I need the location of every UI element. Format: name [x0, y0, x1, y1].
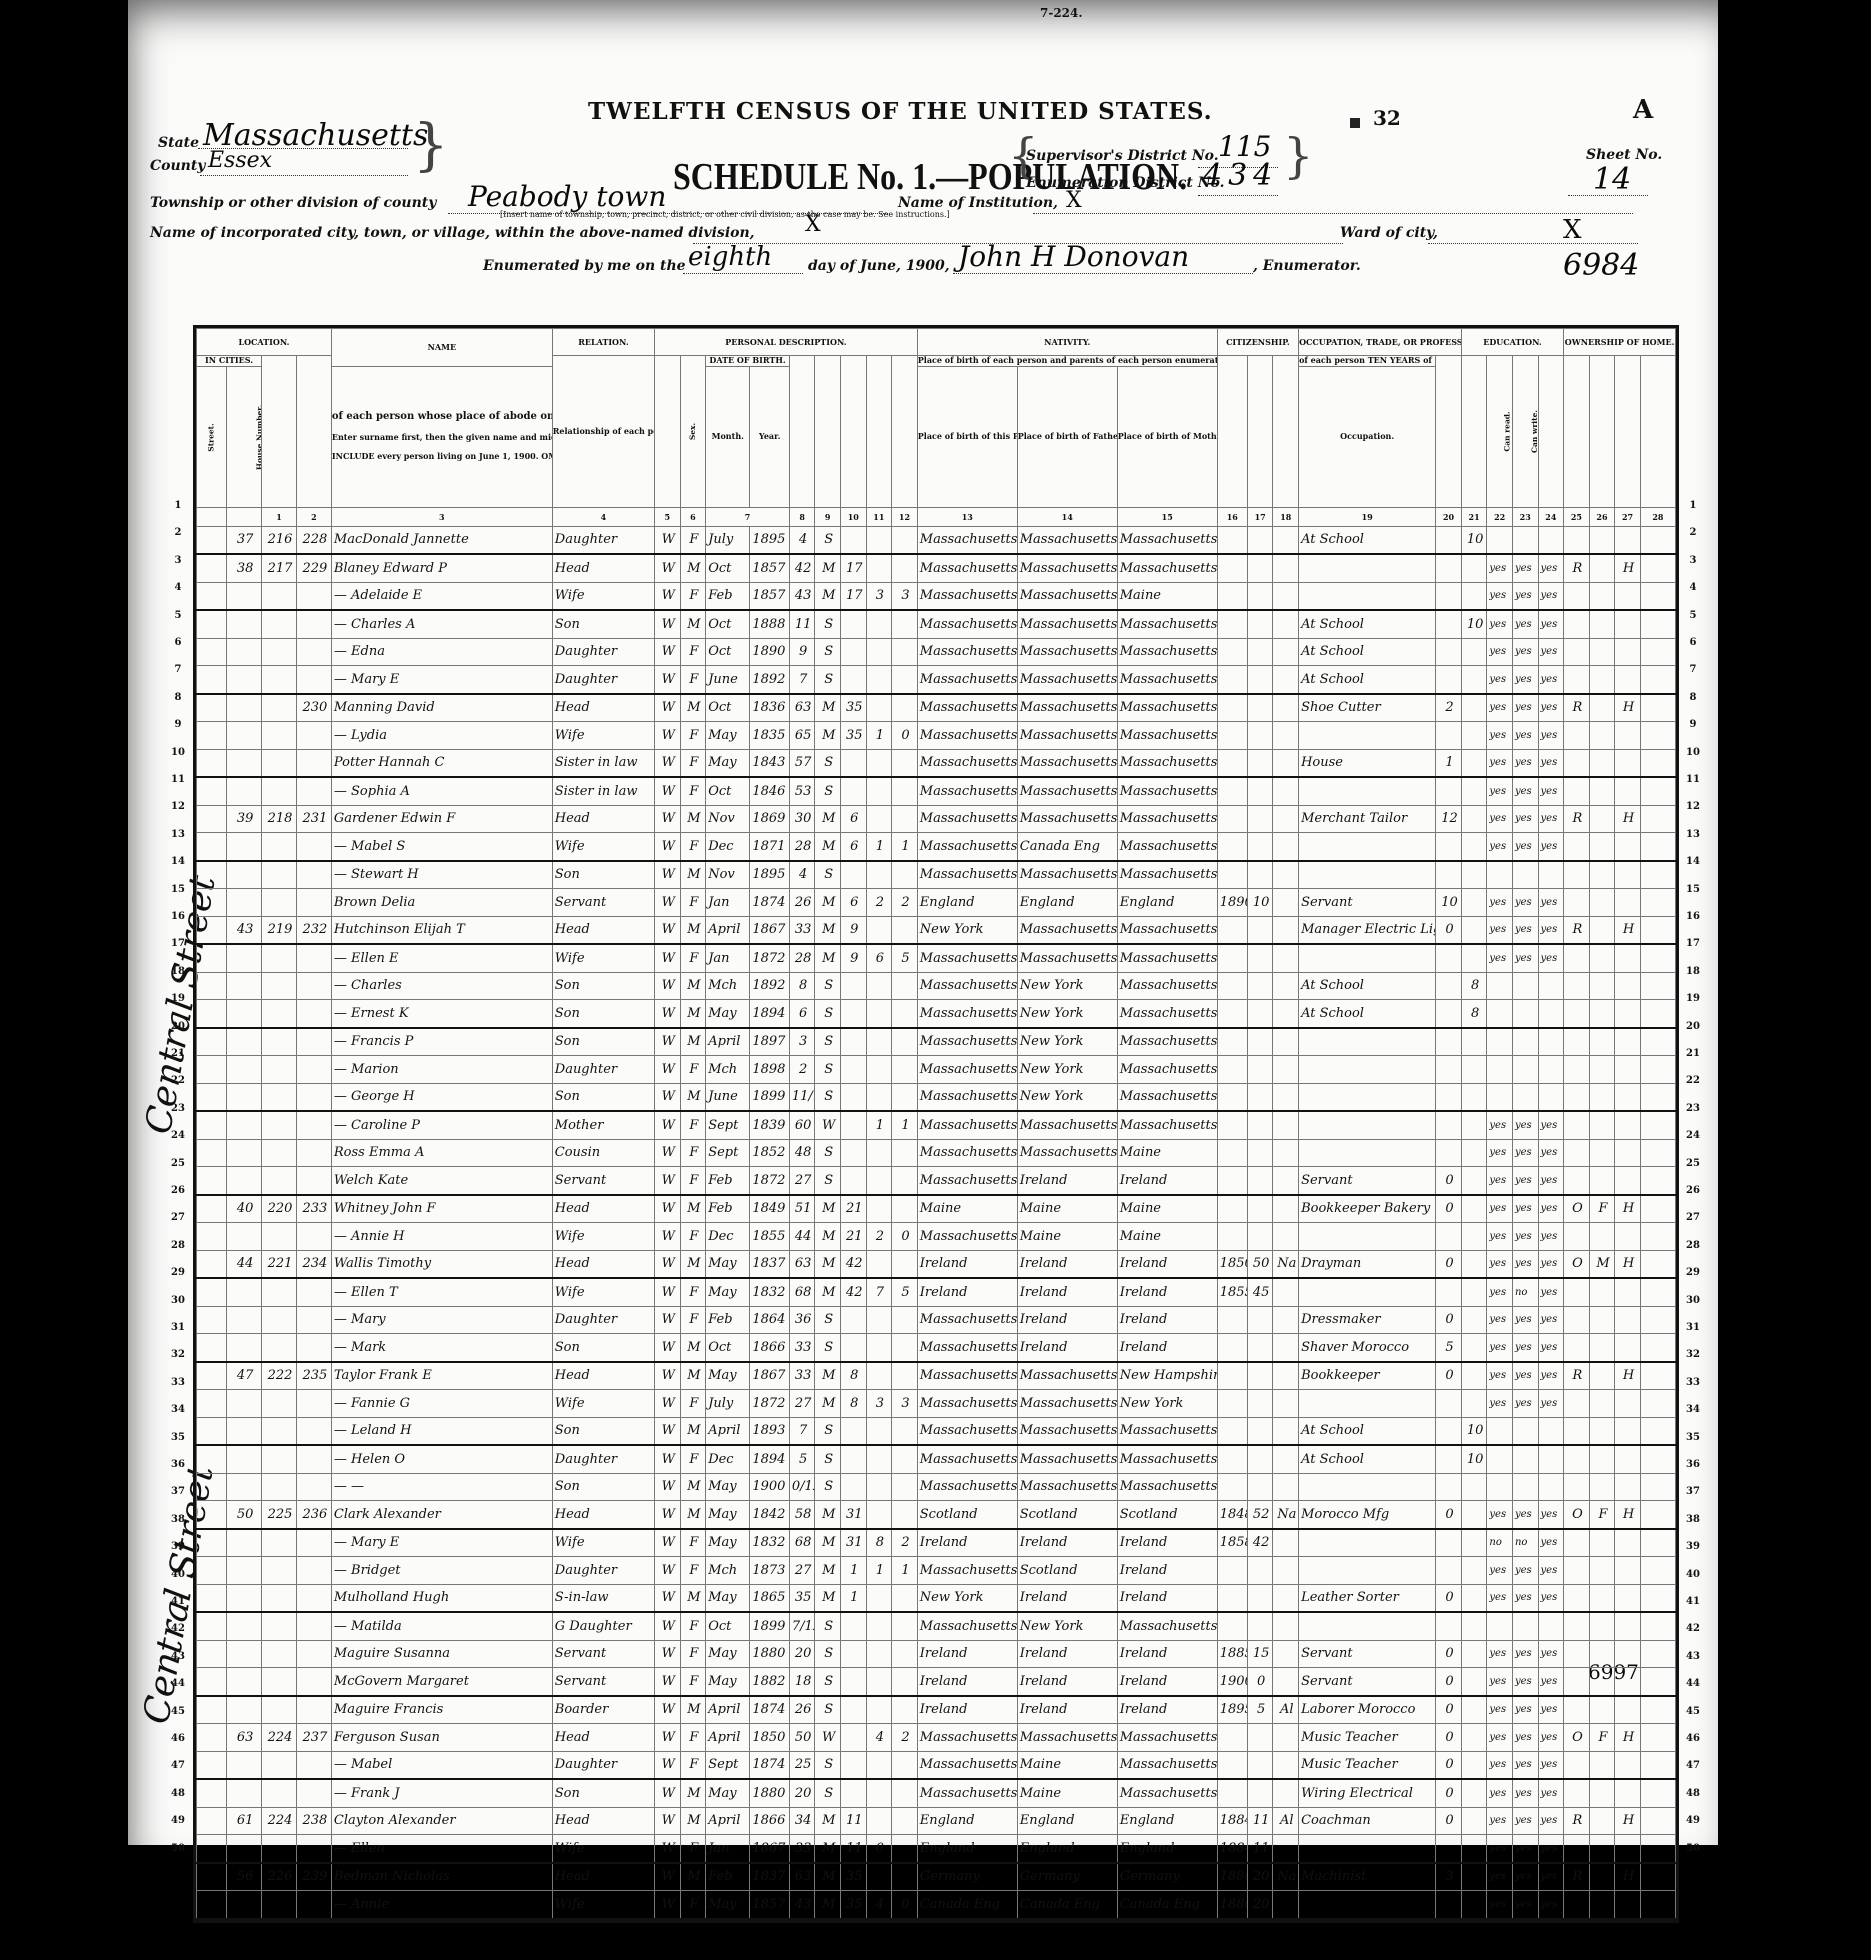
cell-sex: M: [680, 1417, 706, 1445]
cell-race: W: [655, 1390, 681, 1418]
table-row: — Helen ODaughterWFDec18945SMassachusett…: [197, 1445, 1676, 1473]
cell-immig: 1880: [1217, 1863, 1247, 1891]
cell-family: [296, 1000, 331, 1028]
cell-month: May: [706, 1584, 750, 1612]
cell-relation: Head: [552, 1807, 654, 1835]
cell-yrs-married: 21: [841, 1195, 867, 1223]
cell-year: 1857: [750, 582, 790, 610]
cell-pob: Massachusetts: [917, 1000, 1017, 1028]
row-number: 50: [168, 1843, 188, 1854]
cell-pob: England: [917, 1835, 1017, 1863]
group-ownership: OWNERSHIP OF HOME.: [1564, 329, 1676, 356]
cell-mother-of: [866, 1668, 892, 1696]
column-number: [197, 507, 227, 526]
name-instructions: of each person whose place of abode on J…: [331, 366, 552, 507]
table-row: 43219232Hutchinson Elijah THeadWMApril18…: [197, 916, 1676, 944]
table-row: Welch KateServantWFFeb187227SMassachuset…: [197, 1167, 1676, 1195]
cell-house: [227, 1835, 262, 1863]
cell-natur: [1273, 1167, 1299, 1195]
cell-farm-sched: [1640, 1724, 1675, 1752]
cell-read: [1487, 1083, 1513, 1111]
cell-house: [227, 1334, 262, 1362]
cell-marital: S: [815, 638, 841, 666]
cell-unemployed: 12: [1436, 805, 1462, 833]
cell-pob-father: Massachusetts: [1017, 861, 1117, 889]
cell-pob: Massachusetts: [917, 1334, 1017, 1362]
cell-immig: [1217, 1306, 1247, 1334]
cell-school: 10: [1461, 526, 1487, 554]
column-number: 13: [917, 507, 1017, 526]
cell-sex: F: [680, 1557, 706, 1585]
column-number: [227, 507, 262, 526]
cell-occupation: Shoe Cutter: [1299, 694, 1436, 722]
cell-yrs-us: [1247, 972, 1273, 1000]
cell-family: [296, 889, 331, 917]
cell-name: Ferguson Susan: [331, 1724, 552, 1752]
cell-year: 1867: [750, 1362, 790, 1390]
cell-relation: Son: [552, 1083, 654, 1111]
cell-family: [296, 1668, 331, 1696]
cell-pob: Massachusetts: [917, 582, 1017, 610]
cell-school: [1461, 1334, 1487, 1362]
cell-marital: M: [815, 1863, 841, 1891]
col-street: Street.: [197, 366, 227, 507]
cell-pob-father: Massachusetts: [1017, 1724, 1117, 1752]
cell-pob-father: Massachusetts: [1017, 1362, 1117, 1390]
cell-year: 1857: [750, 554, 790, 582]
column-number: 14: [1017, 507, 1117, 526]
cell-yrs-married: [841, 1306, 867, 1334]
row-number: 4: [168, 582, 188, 593]
cell-year: 1872: [750, 1167, 790, 1195]
cell-yrs-married: 11: [841, 1807, 867, 1835]
cell-owned: [1564, 972, 1590, 1000]
group-nativity: NATIVITY.: [917, 329, 1217, 356]
cell-mother-of: [866, 749, 892, 777]
col-month: Month.: [706, 366, 750, 507]
cell-living: [892, 1167, 918, 1195]
cell-pob-mother: Ireland: [1117, 1557, 1217, 1585]
cell-marital: S: [815, 1445, 841, 1473]
cell-mother-of: [866, 1167, 892, 1195]
cell-street: [197, 861, 227, 889]
cell-farm: [1615, 526, 1641, 554]
row-number: 9: [1683, 719, 1703, 730]
cell-owned: [1564, 1696, 1590, 1724]
cell-owned: [1564, 1668, 1590, 1696]
cell-living: [892, 1668, 918, 1696]
cell-age: 63: [789, 694, 815, 722]
cell-pob-mother: Massachusetts: [1117, 1751, 1217, 1779]
cell-month: Oct: [706, 777, 750, 805]
cell-street: [197, 1278, 227, 1306]
cell-yrs-us: [1247, 805, 1273, 833]
cell-race: W: [655, 1223, 681, 1251]
cell-natur: [1273, 1529, 1299, 1557]
cell-pob-mother: Canada Eng: [1117, 1891, 1217, 1919]
cell-sex: M: [680, 1028, 706, 1056]
cell-marital: M: [815, 1501, 841, 1529]
cell-occupation: Music Teacher: [1299, 1751, 1436, 1779]
stamp-number: 6984: [1563, 248, 1639, 283]
cell-pob-father: Ireland: [1017, 1250, 1117, 1278]
cell-age: 7/12: [789, 1612, 815, 1640]
cell-dwelling: [262, 1390, 297, 1418]
cell-unemployed: 0: [1436, 1167, 1462, 1195]
cell-mother-of: [866, 554, 892, 582]
cell-yrs-us: [1247, 1779, 1273, 1807]
cell-sex: M: [680, 861, 706, 889]
cell-year: 1869: [750, 805, 790, 833]
cell-school: 10: [1461, 610, 1487, 638]
cell-house: 56: [227, 1863, 262, 1891]
cell-owned: O: [1564, 1250, 1590, 1278]
cell-read: yes: [1487, 889, 1513, 917]
cell-mother-of: [866, 1863, 892, 1891]
cell-read: [1487, 1028, 1513, 1056]
cell-relation: Wife: [552, 722, 654, 750]
cell-name: — Mary E: [331, 666, 552, 694]
cell-farm-sched: [1640, 972, 1675, 1000]
cell-yrs-married: [841, 749, 867, 777]
cell-sex: F: [680, 1835, 706, 1863]
cell-name: — Mary: [331, 1306, 552, 1334]
cell-read: yes: [1487, 805, 1513, 833]
cell-marital: M: [815, 916, 841, 944]
table-row: — Stewart HSonWMNov18954SMassachusettsMa…: [197, 861, 1676, 889]
cell-farm-sched: [1640, 1863, 1675, 1891]
cell-farm: [1615, 1056, 1641, 1084]
cell-street: [197, 582, 227, 610]
col-marital: Whether single, married, widowed, or div…: [815, 356, 841, 508]
cell-mother-of: 4: [866, 1724, 892, 1752]
incorporated-label: Name of incorporated city, town, or vill…: [150, 225, 755, 241]
cell-street: [197, 610, 227, 638]
cell-occupation: [1299, 777, 1436, 805]
cell-farm-sched: [1640, 526, 1675, 554]
cell-family: [296, 972, 331, 1000]
cell-relation: Wife: [552, 1529, 654, 1557]
cell-free: [1589, 1390, 1615, 1418]
cell-write: yes: [1512, 1223, 1538, 1251]
cell-sex: F: [680, 833, 706, 861]
cell-mother-of: 1: [866, 833, 892, 861]
cell-pob-father: Maine: [1017, 1223, 1117, 1251]
cell-pob: Ireland: [917, 1640, 1017, 1668]
cell-school: [1461, 1751, 1487, 1779]
cell-yrs-us: 5: [1247, 1696, 1273, 1724]
cell-family: 231: [296, 805, 331, 833]
cell-pob-father: Massachusetts: [1017, 582, 1117, 610]
cell-year: 1843: [750, 749, 790, 777]
cell-natur: Na: [1273, 1863, 1299, 1891]
cell-relation: Sister in law: [552, 777, 654, 805]
cell-pob-father: Ireland: [1017, 1640, 1117, 1668]
cell-street: [197, 889, 227, 917]
cell-dwelling: [262, 889, 297, 917]
cell-dwelling: [262, 1167, 297, 1195]
cell-sex: F: [680, 1111, 706, 1139]
cell-occupation: [1299, 1028, 1436, 1056]
cell-living: 0: [892, 1891, 918, 1919]
cell-farm-sched: [1640, 1557, 1675, 1585]
row-number: 8: [1683, 692, 1703, 703]
sheet-label: Sheet No.: [1586, 147, 1662, 163]
cell-farm-sched: [1640, 666, 1675, 694]
cell-pob-mother: Massachusetts: [1117, 638, 1217, 666]
cell-year: 1874: [750, 1696, 790, 1724]
cell-dwelling: [262, 1751, 297, 1779]
cell-free: [1589, 638, 1615, 666]
cell-immig: [1217, 1612, 1247, 1640]
cell-dwelling: [262, 777, 297, 805]
table-row: — EllenWifeWFJan186733M110EnglandEngland…: [197, 1835, 1676, 1863]
cell-occupation: [1299, 944, 1436, 972]
cell-immig: 1900: [1217, 1668, 1247, 1696]
cell-free: [1589, 1863, 1615, 1891]
cell-unemployed: [1436, 1835, 1462, 1863]
cell-family: [296, 1028, 331, 1056]
cell-sex: M: [680, 1807, 706, 1835]
row-number: 18: [168, 966, 188, 977]
cell-pob: Massachusetts: [917, 1028, 1017, 1056]
cell-month: Sept: [706, 1751, 750, 1779]
row-number: 5: [168, 610, 188, 621]
cell-relation: Head: [552, 554, 654, 582]
sheet-value: 14: [1593, 162, 1631, 197]
group-occupation: OCCUPATION, TRADE, OR PROFESSION: [1299, 329, 1462, 356]
cell-name: — Mark: [331, 1334, 552, 1362]
cell-yrs-us: [1247, 1139, 1273, 1167]
cell-yrs-married: 21: [841, 1223, 867, 1251]
cell-year: 1899: [750, 1083, 790, 1111]
cell-yrs-us: [1247, 861, 1273, 889]
cell-read: yes: [1487, 1111, 1513, 1139]
cell-unemployed: 0: [1436, 1501, 1462, 1529]
cell-immig: [1217, 722, 1247, 750]
cell-month: Mch: [706, 972, 750, 1000]
cell-occupation: Wiring Electrical: [1299, 1779, 1436, 1807]
cell-sex: M: [680, 805, 706, 833]
cell-family: [296, 610, 331, 638]
cell-school: [1461, 1696, 1487, 1724]
cell-farm-sched: [1640, 722, 1675, 750]
cell-race: W: [655, 1000, 681, 1028]
cell-family: [296, 1891, 331, 1919]
cell-write: yes: [1512, 944, 1538, 972]
cell-mother-of: 8: [866, 1529, 892, 1557]
cell-farm-sched: [1640, 1334, 1675, 1362]
cell-free: [1589, 1139, 1615, 1167]
cell-marital: S: [815, 666, 841, 694]
cell-pob: Massachusetts: [917, 722, 1017, 750]
cell-month: May: [706, 1473, 750, 1501]
cell-farm: [1615, 1417, 1641, 1445]
row-number: 22: [168, 1075, 188, 1086]
cell-living: 3: [892, 582, 918, 610]
cell-pob-father: Ireland: [1017, 1584, 1117, 1612]
cell-natur: [1273, 1445, 1299, 1473]
cell-read: yes: [1487, 1863, 1513, 1891]
cell-sex: F: [680, 1724, 706, 1752]
table-row: — BridgetDaughterWFMch187327M111Massachu…: [197, 1557, 1676, 1585]
cell-pob-father: Ireland: [1017, 1306, 1117, 1334]
cell-natur: [1273, 1751, 1299, 1779]
cell-name: — Ellen T: [331, 1278, 552, 1306]
cell-pob-father: Massachusetts: [1017, 749, 1117, 777]
cell-farm-sched: [1640, 1306, 1675, 1334]
cell-farm-sched: [1640, 638, 1675, 666]
cell-pob-mother: Massachusetts: [1117, 1445, 1217, 1473]
cell-yrs-us: 15: [1247, 1640, 1273, 1668]
cell-mother-of: [866, 1417, 892, 1445]
cell-farm-sched: [1640, 1000, 1675, 1028]
cell-yrs-married: [841, 1111, 867, 1139]
cell-age: 33: [789, 1334, 815, 1362]
column-number: 19: [1299, 507, 1436, 526]
cell-race: W: [655, 1167, 681, 1195]
cell-sex: F: [680, 944, 706, 972]
group-in-cities: IN CITIES.: [197, 356, 262, 367]
cell-month: May: [706, 1362, 750, 1390]
cell-read: yes: [1487, 1557, 1513, 1585]
cell-pob-mother: Massachusetts: [1117, 610, 1217, 638]
cell-yrs-married: [841, 666, 867, 694]
cell-immig: [1217, 749, 1247, 777]
cell-write: [1512, 1083, 1538, 1111]
col-owned: Owned or rented.: [1564, 356, 1590, 508]
cell-relation: Wife: [552, 1223, 654, 1251]
cell-living: [892, 1807, 918, 1835]
cell-english: yes: [1538, 1223, 1564, 1251]
cell-relation: Wife: [552, 944, 654, 972]
cell-pob-mother: Massachusetts: [1117, 1779, 1217, 1807]
column-number: 28: [1640, 507, 1675, 526]
cell-immig: [1217, 1167, 1247, 1195]
cell-mother-of: 6: [866, 944, 892, 972]
cell-pob: Massachusetts: [917, 1390, 1017, 1418]
cell-farm: [1615, 944, 1641, 972]
cell-pob-mother: Germany: [1117, 1863, 1217, 1891]
cell-sex: F: [680, 1306, 706, 1334]
cell-natur: Al: [1273, 1696, 1299, 1724]
cell-yrs-married: [841, 1056, 867, 1084]
cell-farm: H: [1615, 1362, 1641, 1390]
row-number: 9: [168, 719, 188, 730]
table-row: — Mabel SWifeWFDec187128M611Massachusett…: [197, 833, 1676, 861]
cell-read: yes: [1487, 1195, 1513, 1223]
cell-free: [1589, 1696, 1615, 1724]
cell-unemployed: [1436, 1083, 1462, 1111]
cell-read: [1487, 1000, 1513, 1028]
cell-owned: O: [1564, 1724, 1590, 1752]
cell-family: 229: [296, 554, 331, 582]
cell-farm-sched: [1640, 1807, 1675, 1835]
cell-free: [1589, 805, 1615, 833]
cell-occupation: [1299, 1473, 1436, 1501]
cell-house: [227, 861, 262, 889]
cell-race: W: [655, 805, 681, 833]
cell-pob-mother: Massachusetts: [1117, 1056, 1217, 1084]
cell-farm-sched: [1640, 833, 1675, 861]
row-number: 50: [1683, 1843, 1703, 1854]
cell-age: 43: [789, 1891, 815, 1919]
col-pob-father: Place of birth of Father of this person.: [1017, 366, 1117, 507]
cell-write: [1512, 1028, 1538, 1056]
cell-farm-sched: [1640, 1751, 1675, 1779]
cell-age: 18: [789, 1668, 815, 1696]
cell-house: 61: [227, 1807, 262, 1835]
cell-immig: [1217, 1028, 1247, 1056]
cell-unemployed: [1436, 777, 1462, 805]
cell-dwelling: 220: [262, 1195, 297, 1223]
cell-yrs-us: [1247, 944, 1273, 972]
cell-immig: [1217, 610, 1247, 638]
cell-month: Jan: [706, 944, 750, 972]
cell-year: 1894: [750, 1000, 790, 1028]
cell-relation: Cousin: [552, 1139, 654, 1167]
cell-yrs-married: 11: [841, 1835, 867, 1863]
column-number: 24: [1538, 507, 1564, 526]
cell-name: Clark Alexander: [331, 1501, 552, 1529]
cell-street: [197, 1000, 227, 1028]
cell-month: Oct: [706, 1612, 750, 1640]
cell-race: W: [655, 582, 681, 610]
cell-yrs-us: 50: [1247, 1250, 1273, 1278]
cell-relation: Wife: [552, 833, 654, 861]
col-children-living: Number of these children living.: [892, 356, 918, 508]
cell-pob-father: Massachusetts: [1017, 610, 1117, 638]
cell-street: [197, 1612, 227, 1640]
cell-pob: Massachusetts: [917, 1612, 1017, 1640]
cell-pob-mother: Ireland: [1117, 1668, 1217, 1696]
cell-pob-mother: Massachusetts: [1117, 554, 1217, 582]
cell-farm: H: [1615, 1724, 1641, 1752]
cell-sex: M: [680, 1696, 706, 1724]
cell-free: [1589, 1640, 1615, 1668]
cell-school: 10: [1461, 1445, 1487, 1473]
cell-race: W: [655, 554, 681, 582]
cell-write: yes: [1512, 638, 1538, 666]
cell-unemployed: [1436, 638, 1462, 666]
cell-pob-mother: Massachusetts: [1117, 1000, 1217, 1028]
cell-month: May: [706, 1250, 750, 1278]
cell-read: [1487, 1473, 1513, 1501]
cell-yrs-us: [1247, 1306, 1273, 1334]
cell-relation: Head: [552, 1863, 654, 1891]
cell-pob-mother: Massachusetts: [1117, 833, 1217, 861]
cell-relation: Wife: [552, 582, 654, 610]
cell-race: W: [655, 1529, 681, 1557]
cell-dwelling: [262, 1278, 297, 1306]
cell-house: [227, 1751, 262, 1779]
cell-yrs-married: 9: [841, 944, 867, 972]
cell-write: [1512, 972, 1538, 1000]
cell-farm: [1615, 1835, 1641, 1863]
cell-read: [1487, 526, 1513, 554]
cell-free: [1589, 722, 1615, 750]
cell-write: yes: [1512, 1807, 1538, 1835]
cell-immig: [1217, 554, 1247, 582]
cell-owned: [1564, 1278, 1590, 1306]
cell-pob: Germany: [917, 1863, 1017, 1891]
cell-living: 5: [892, 1278, 918, 1306]
cell-unemployed: 2: [1436, 694, 1462, 722]
cell-occupation: [1299, 1083, 1436, 1111]
cell-house: [227, 1473, 262, 1501]
cell-marital: M: [815, 1223, 841, 1251]
table-row: — MarkSonWMOct186633SMassachusettsIrelan…: [197, 1334, 1676, 1362]
